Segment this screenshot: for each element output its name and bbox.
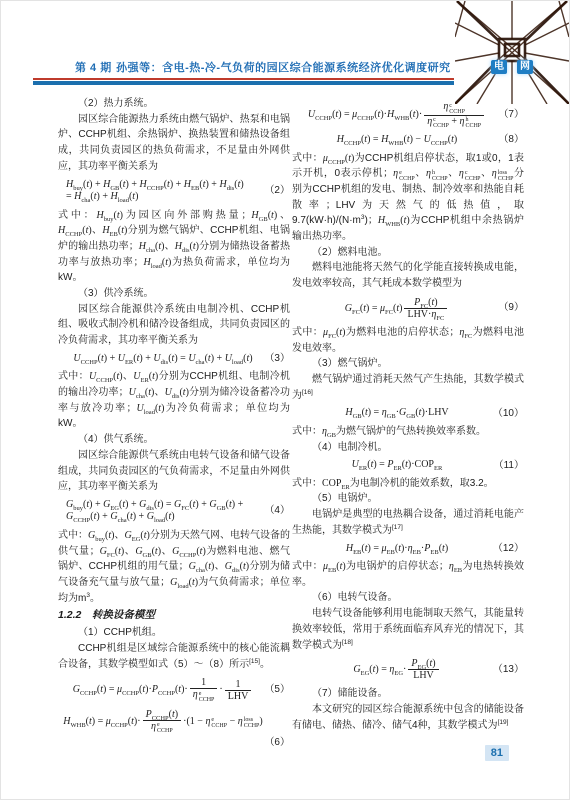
equation-body: GFC(t) = μFC(t)PFC(t)LHV·ηFC xyxy=(345,303,450,314)
tower-photo: 电 网 xyxy=(455,1,569,104)
equation-13: GEG(t) = ηEG·PEG(t)LHV（13） xyxy=(292,657,524,682)
paragraph-storage-intro: 本文研究的园区综合能源系统中包含的储能设备有储电、储热、储冷、储气4种，其数学模… xyxy=(292,702,524,733)
note-equation-9: 式中：μFC(t)为燃料电池的启停状态；ηFC为燃料电池发电效率。 xyxy=(292,325,524,356)
equation-number: （2） xyxy=(264,185,290,198)
page-number: 81 xyxy=(485,745,509,761)
equation-body: GCCHP(t) = μCCHP(t)·PCCHP(t)·1ηeCCHP·1LH… xyxy=(73,684,254,695)
equation-number: （5） xyxy=(264,684,290,697)
tower-lattice-graphic xyxy=(455,1,569,104)
header-rule-red xyxy=(33,78,454,80)
grid-badge-char-1: 电 xyxy=(491,60,507,74)
equation-number: （3） xyxy=(264,353,290,366)
paragraph-power-to-gas-intro: 电转气设备能够利用电能制取天然气，其能量转换效率较低，常用于系统面临弃风弃光的情… xyxy=(292,606,524,653)
equation-number: （7） xyxy=(498,109,524,122)
equation-number: （11） xyxy=(494,459,524,472)
note-equation-3: 式中：UCCHP(t)、UER(t)分别为CCHP机组、电制冷机的输出冷功率；U… xyxy=(58,369,290,432)
paragraph-thermal-intro: 园区综合能源热力系统由燃气锅炉、热泵和电锅炉、CCHP机组、余热锅炉、换热装置和… xyxy=(58,112,290,175)
equation-number: （13） xyxy=(493,664,524,677)
item-heading-gas-boiler: （3）燃气锅炉。 xyxy=(292,356,524,372)
equation-6: HWHB(t) = μCCHP(t)·PCCHP(t)ηeCCHP·(1 − η… xyxy=(58,708,290,750)
paragraph-fuel-cell-intro: 燃料电池能将天然气的化学能直接转换成电能，发电效率较高，其气耗成本数学模型为 xyxy=(292,260,524,291)
equation-11: UER(t) = PER(t)·COPER（11） xyxy=(292,459,524,472)
equation-number: （12） xyxy=(493,543,524,556)
equation-7: UCCHP(t) = μCCHP(t)·HWHB(t)·ηcCCHPηcCCHP… xyxy=(292,100,524,130)
equation-body: UCCHP(t) + UER(t) + Udis(t) = Ucha(t) + … xyxy=(73,353,252,364)
paragraph-gas-intro: 园区综合能源供气系统由电转气设备和储气设备组成，共同负责园区的气负荷需求，不足量… xyxy=(58,448,290,495)
item-heading-electric-boiler: （5）电锅炉。 xyxy=(292,491,524,507)
equation-body: HGB(t) = ηGB·GGB(t)·LHV xyxy=(345,407,448,418)
equation-body: HEB(t) = μEB(t)·ηEB·PEB(t) xyxy=(346,543,448,554)
grid-badge: 电 网 xyxy=(455,60,569,74)
equation-8: HCCHP(t) = HWHB(t) − UCCHP(t)（8） xyxy=(292,134,524,147)
page: 第 4 期 孙强等：含电-热-冷-气负荷的园区综合能源系统经济优化调度研究 xyxy=(0,0,570,800)
equation-5: GCCHP(t) = μCCHP(t)·PCCHP(t)·1ηeCCHP·1LH… xyxy=(58,676,290,704)
equation-number: （6） xyxy=(264,737,290,750)
running-title: 孙强等：含电-热-冷-气负荷的园区综合能源系统经济优化调度研究 xyxy=(112,59,455,75)
paragraph-cchp-intro: CCHP机组是区域综合能源系统中的核心能流耦合设备，其数学模型如式（5）～（8）… xyxy=(58,641,290,672)
item-heading-cchp: （1）CCHP机组。 xyxy=(58,625,290,641)
item-heading-electric-chiller: （4）电制冷机。 xyxy=(292,440,524,456)
equation-10: HGB(t) = ηGB·GGB(t)·LHV（10） xyxy=(292,407,524,420)
equation-number: （4） xyxy=(264,505,290,518)
item-heading-cooling: （3）供冷系统。 xyxy=(58,286,290,302)
note-equation-4: 式中：Gbuy(t)、GEG(t)分别为天然气网、电转气设备的供气量；GFC(t… xyxy=(58,528,290,607)
item-heading-thermal: （2）热力系统。 xyxy=(58,96,290,112)
note-equation-12: 式中：μEB(t)为电锅炉的启停状态；ηEB为电热转换效率。 xyxy=(292,559,524,590)
header-rules xyxy=(33,78,454,85)
header-rule-blue xyxy=(33,81,454,85)
issue-label: 第 4 期 xyxy=(75,59,112,75)
item-heading-storage: （7）储能设备。 xyxy=(292,686,524,702)
equation-body: HWHB(t) = μCCHP(t)·PCCHP(t)ηeCCHP·(1 − η… xyxy=(63,716,263,727)
equation-number: （8） xyxy=(498,134,524,147)
item-heading-gas: （4）供气系统。 xyxy=(58,432,290,448)
equation-body: HCCHP(t) = HWHB(t) − UCCHP(t) xyxy=(337,134,458,145)
item-heading-fuel-cell: （2）燃料电池。 xyxy=(292,245,524,261)
equation-number: （10） xyxy=(493,407,524,420)
grid-badge-char-2: 网 xyxy=(517,60,533,74)
equation-2: Hbuy(t) + HGB(t) + HCCHP(t) + HEB(t) + H… xyxy=(58,179,290,204)
equation-body: Gbuy(t) + GEG(t) + Gdis(t) = GFC(t) + GG… xyxy=(66,499,243,524)
item-heading-power-to-gas: （6）电转气设备。 xyxy=(292,590,524,606)
note-equation-10: 式中：ηGB为燃气锅炉的气热转换效率系数。 xyxy=(292,424,524,440)
paragraph-cooling-intro: 园区综合能源供冷系统由电制冷机、CCHP机组、吸收式制冷机和储冷设备组成，共同负… xyxy=(58,302,290,349)
left-column: （2）热力系统。园区综合能源热力系统由燃气锅炉、热泵和电锅炉、CCHP机组、余热… xyxy=(58,96,290,753)
equation-12: HEB(t) = μEB(t)·ηEB·PEB(t)（12） xyxy=(292,543,524,556)
right-column: UCCHP(t) = μCCHP(t)·HWHB(t)·ηcCCHPηcCCHP… xyxy=(292,96,524,733)
equation-body: Hbuy(t) + HGB(t) + HCCHP(t) + HEB(t) + H… xyxy=(66,179,244,204)
note-equation-7-8: 式中：μCCHP(t)为CCHP机组启停状态，取1或0，1表示开机，0表示停机；… xyxy=(292,151,524,245)
note-equation-11: 式中：COPER为电制冷机的能效系数，取3.2。 xyxy=(292,476,524,492)
equation-9: GFC(t) = μFC(t)PFC(t)LHV·ηFC（9） xyxy=(292,296,524,321)
equation-4: Gbuy(t) + GEG(t) + Gdis(t) = GFC(t) + GG… xyxy=(58,499,290,524)
section-heading-1-2-2: 1.2.2 转换设备模型 xyxy=(58,608,290,624)
equation-body: UER(t) = PER(t)·COPER xyxy=(352,459,443,470)
note-equation-2: 式中：Hbuy(t)为园区向外部购热量；HGB(t)、HCCHP(t)、HEB(… xyxy=(58,208,290,287)
equation-body: UCCHP(t) = μCCHP(t)·HWHB(t)·ηcCCHPηcCCHP… xyxy=(308,109,486,120)
page-header: 第 4 期 孙强等：含电-热-冷-气负荷的园区综合能源系统经济优化调度研究 xyxy=(59,59,455,75)
equation-3: UCCHP(t) + UER(t) + Udis(t) = Ucha(t) + … xyxy=(58,353,290,366)
equation-body: GEG(t) = ηEG·PEG(t)LHV xyxy=(353,664,440,675)
paragraph-electric-boiler-intro: 电锅炉是典型的电热耦合设备，通过消耗电能产生热能，其数学模式为[17] xyxy=(292,507,524,538)
paragraph-gas-boiler-intro: 燃气锅炉通过消耗天然气产生热能，其数学模式为[16] xyxy=(292,372,524,403)
equation-number: （9） xyxy=(498,302,524,315)
